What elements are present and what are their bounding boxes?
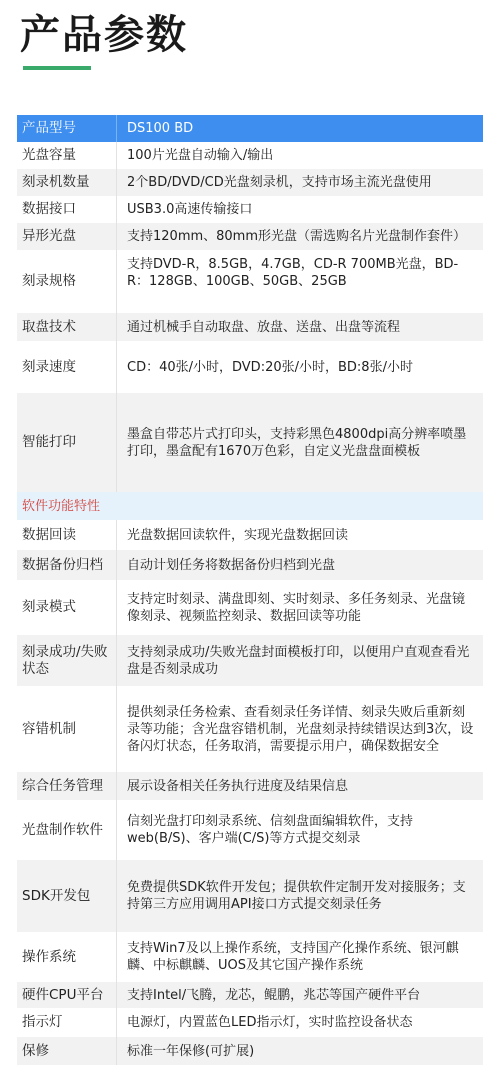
row-value: 展示设备相关任务执行进度及结果信息 — [117, 772, 484, 800]
table-row: 刻录规格 支持DVD-R，8.5GB，4.7GB，CD-R 700MB光盘，BD… — [17, 250, 483, 313]
table-row: SDK开发包 免费提供SDK软件开发包；提供软件定制开发对接服务；支持第三方应用… — [17, 860, 483, 932]
table-row: 异形光盘 支持120mm、80mm形光盘（需选购名片光盘制作套件） — [17, 223, 483, 250]
table-row: 智能打印 墨盒自带芯片式打印头，支持彩黑色4800dpi高分辨率喷墨打印，墨盒配… — [17, 393, 483, 492]
table-row: 操作系统 支持Win7及以上操作系统，支持国产化操作系统、银河麒麟、中标麒麟、U… — [17, 932, 483, 982]
row-label: 智能打印 — [17, 393, 117, 492]
row-value-text: 支持DVD-R，8.5GB，4.7GB，CD-R 700MB光盘，BD-R：12… — [127, 257, 458, 289]
row-label: 数据回读 — [17, 520, 117, 550]
table-row: 容错机制 提供刻录任务检索、查看刻录任务详情、刻录失败后重新刻录等功能；含光盘容… — [17, 686, 483, 772]
header-label: 产品型号 — [17, 115, 117, 142]
row-label: 容错机制 — [17, 686, 117, 772]
row-value: 支持刻录成功/失败光盘封面模板打印，以便用户直观查看光盘是否刻录成功 — [117, 635, 484, 686]
row-label: 刻录速度 — [17, 341, 117, 393]
table-row: 光盘制作软件 信刻光盘打印刻录系统、信刻盘面编辑软件，支持web(B/S)、客户… — [17, 800, 483, 860]
table-header-row: 产品型号 DS100 BD — [17, 115, 483, 142]
table-row: 刻录模式 支持定时刻录、满盘即刻、实时刻录、多任务刻录、光盘镜像刻录、视频监控刻… — [17, 580, 483, 635]
row-value: 提供刻录任务检索、查看刻录任务详情、刻录失败后重新刻录等功能；含光盘容错机制，光… — [117, 686, 484, 772]
section-title: 软件功能特性 — [17, 492, 483, 520]
table-row: 数据备份归档 自动计划任务将数据备份归档到光盘 — [17, 550, 483, 580]
row-value: 支持Win7及以上操作系统，支持国产化操作系统、银河麒麟、中标麒麟、UOS及其它… — [117, 932, 484, 982]
table-row: 取盘技术 通过机械手自动取盘、放盘、送盘、出盘等流程 — [17, 313, 483, 341]
row-label: 光盘容量 — [17, 142, 117, 169]
page-title: 产品参数 — [20, 10, 188, 60]
table-row: 指示灯 电源灯，内置蓝色LED指示灯，实时监控设备状态 — [17, 1008, 483, 1037]
table-row: 硬件CPU平台 支持Intel/飞腾，龙芯，鲲鹏，兆芯等国产硬件平台 — [17, 982, 483, 1008]
row-label: 数据接口 — [17, 196, 117, 223]
row-value: 支持120mm、80mm形光盘（需选购名片光盘制作套件） — [117, 223, 484, 250]
header-value: DS100 BD — [117, 115, 484, 142]
row-label: 刻录成功/失败状态 — [17, 635, 117, 686]
row-value: 信刻光盘打印刻录系统、信刻盘面编辑软件，支持web(B/S)、客户端(C/S)等… — [117, 800, 484, 860]
row-value: 100片光盘自动输入/输出 — [117, 142, 484, 169]
row-label: 刻录机数量 — [17, 169, 117, 196]
row-label: 刻录规格 — [17, 250, 117, 313]
row-value: CD：40张/小时，DVD:20张/小时，BD:8张/小时 — [117, 341, 484, 393]
row-label: 刻录模式 — [17, 580, 117, 635]
row-label: SDK开发包 — [17, 860, 117, 932]
row-label: 操作系统 — [17, 932, 117, 982]
title-underline — [23, 66, 91, 70]
table-row: 数据回读 光盘数据回读软件，实现光盘数据回读 — [17, 520, 483, 550]
table-row: 光盘容量 100片光盘自动输入/输出 — [17, 142, 483, 169]
row-value: 通过机械手自动取盘、放盘、送盘、出盘等流程 — [117, 313, 484, 341]
row-value: 标准一年保修(可扩展) — [117, 1037, 484, 1065]
table-row: 刻录速度 CD：40张/小时，DVD:20张/小时，BD:8张/小时 — [17, 341, 483, 393]
row-label: 异形光盘 — [17, 223, 117, 250]
row-label: 取盘技术 — [17, 313, 117, 341]
table-row: 数据接口 USB3.0高速传输接口 — [17, 196, 483, 223]
table-row: 保修 标准一年保修(可扩展) — [17, 1037, 483, 1065]
table-row: 刻录机数量 2个BD/DVD/CD光盘刻录机，支持市场主流光盘使用 — [17, 169, 483, 196]
row-label: 指示灯 — [17, 1008, 117, 1037]
row-label: 光盘制作软件 — [17, 800, 117, 860]
row-label: 数据备份归档 — [17, 550, 117, 580]
row-value: 墨盒自带芯片式打印头，支持彩黑色4800dpi高分辨率喷墨打印，墨盒配有1670… — [117, 393, 484, 492]
row-value: 2个BD/DVD/CD光盘刻录机，支持市场主流光盘使用 — [117, 169, 484, 196]
row-label: 综合任务管理 — [17, 772, 117, 800]
row-value: 自动计划任务将数据备份归档到光盘 — [117, 550, 484, 580]
row-value: 支持DVD-R，8.5GB，4.7GB，CD-R 700MB光盘，BD-R：12… — [117, 250, 484, 313]
row-value: 光盘数据回读软件，实现光盘数据回读 — [117, 520, 484, 550]
row-value: 支持定时刻录、满盘即刻、实时刻录、多任务刻录、光盘镜像刻录、视频监控刻录、数据回… — [117, 580, 484, 635]
row-label: 硬件CPU平台 — [17, 982, 117, 1008]
table-row: 刻录成功/失败状态 支持刻录成功/失败光盘封面模板打印，以便用户直观查看光盘是否… — [17, 635, 483, 686]
spec-table: 产品型号 DS100 BD 光盘容量 100片光盘自动输入/输出 刻录机数量 2… — [17, 115, 483, 1065]
row-value: 电源灯，内置蓝色LED指示灯，实时监控设备状态 — [117, 1008, 484, 1037]
row-value: 支持Intel/飞腾，龙芯，鲲鹏，兆芯等国产硬件平台 — [117, 982, 484, 1008]
table-row: 综合任务管理 展示设备相关任务执行进度及结果信息 — [17, 772, 483, 800]
section-header-row: 软件功能特性 — [17, 492, 483, 520]
row-label: 保修 — [17, 1037, 117, 1065]
row-value: USB3.0高速传输接口 — [117, 196, 484, 223]
row-value: 免费提供SDK软件开发包；提供软件定制开发对接服务；支持第三方应用调用API接口… — [117, 860, 484, 932]
